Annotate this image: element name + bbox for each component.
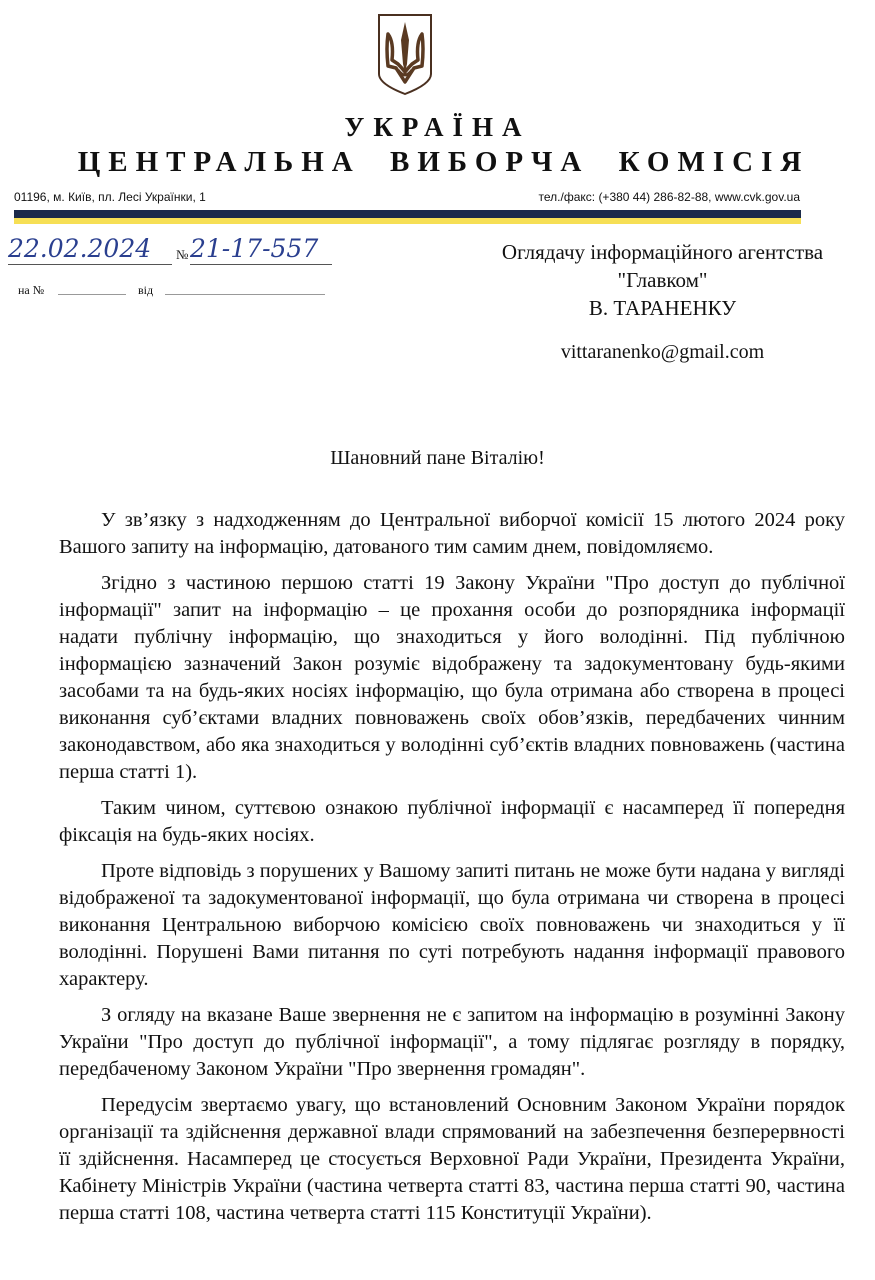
flag-stripe-blue [14, 210, 801, 218]
outgoing-date: 22.02.2024 [8, 234, 172, 265]
recipient-name: В. ТАРАНЕНКУ [470, 294, 855, 322]
flag-stripe-yellow [14, 218, 801, 224]
letter-body: У зв’язку з надходженням до Центральної … [59, 507, 845, 1236]
reference-number-blank [58, 294, 126, 295]
organization-heading: ЦЕНТРАЛЬНА ВИБОРЧА КОМІСІЯ [0, 146, 875, 179]
trident-icon [376, 12, 434, 97]
paragraph: У зв’язку з надходженням до Центральної … [59, 507, 845, 561]
reference-date-blank [165, 294, 325, 295]
recipient-position: Оглядачу інформаційного агентства [470, 238, 855, 266]
paragraph: Передусім звертаємо увагу, що встановлен… [59, 1092, 845, 1227]
paragraph: З огляду на вказане Ваше звернення не є … [59, 1002, 845, 1083]
paragraph: Таким чином, суттєвою ознакою публічної … [59, 795, 845, 849]
greeting: Шановний пане Віталію! [0, 447, 875, 470]
recipient-block: Оглядачу інформаційного агентства "Главк… [470, 238, 855, 322]
outgoing-number: 21-17-557 [190, 234, 332, 265]
reference-number-label: на № [18, 283, 44, 298]
reference-date-label: від [138, 283, 153, 298]
organization-contact: тел./факс: (+380 44) 286-82-88, www.cvk.… [539, 190, 800, 204]
paragraph: Згідно з частиною першою статті 19 Закон… [59, 570, 845, 786]
organization-address: 01196, м. Київ, пл. Лесі Українки, 1 [14, 190, 206, 204]
paragraph: Проте відповідь з порушених у Вашому зап… [59, 858, 845, 993]
number-sign: № [176, 247, 188, 263]
recipient-email: vittaranenko@gmail.com [470, 341, 855, 364]
country-heading: УКРАЇНА [0, 112, 875, 143]
recipient-agency: "Главком" [470, 266, 855, 294]
